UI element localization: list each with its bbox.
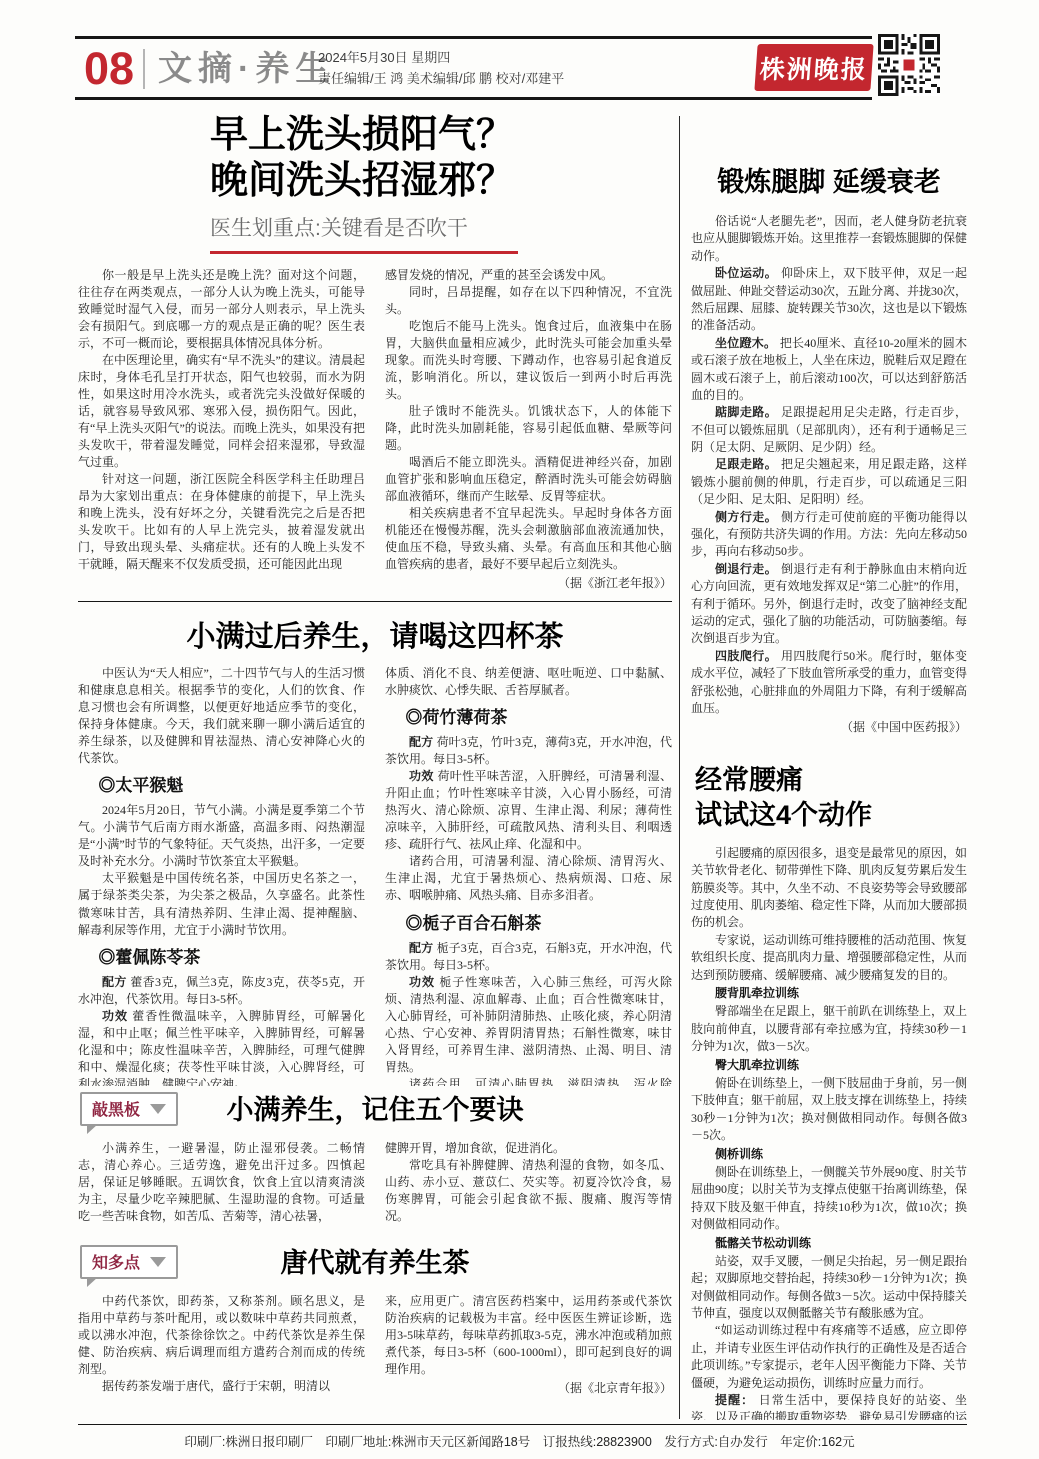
header-rule-bottom xyxy=(75,97,872,100)
paragraph: 诸药合用，可清暑利湿、清心除烦、清胃泻火、生津止渴，尤宜于暑热烦心、热病烦渴、口… xyxy=(385,853,672,904)
tips-column-1: 小满养生，一避暑湿，防止湿邪侵袭。二畅情志，清心养心。三适劳逸，避免出汗过多。四… xyxy=(78,1140,365,1225)
header-editors: 责任编辑/王 鸿 美术编辑/邱 鹏 校对/邓建平 xyxy=(318,69,564,89)
header-date: 2024年5月30日 星期四 xyxy=(318,48,450,68)
paragraph: 引起腰痛的原因很多，退变是最常见的原因，如关节软骨老化、韧带弹性下降、肌肉反复劳… xyxy=(691,845,967,932)
tang-tag-label: 知多点 xyxy=(92,1250,140,1273)
paragraph: 2024年5月20日，节气小满。小满是夏季第二个节气。小满节气后南方雨水渐盛，高… xyxy=(78,802,365,870)
tang-tag-box: 知多点 xyxy=(80,1245,178,1279)
paragraph: 来，应用更广。清宫医药档案中，运用药茶或代茶饮防治疾病的记载极为丰富。经中医医生… xyxy=(385,1293,672,1378)
subtitle-red-rule xyxy=(210,251,518,254)
paragraph: 提醒： 日常生活中，要保持良好的站姿、坐姿，以及正确的搬取重物姿势，避免易引发腰… xyxy=(691,1392,967,1420)
paragraph: 常吃具有补脾健脾、清热利湿的食物，如冬瓜、山药、赤小豆、薏苡仁、芡实等。初夏冷饮… xyxy=(385,1157,672,1225)
paragraph: 侧卧在训练垫上，一侧髋关节外展90度、肘关节屈曲90度；以肘关节为支撑点使躯干抬… xyxy=(691,1164,967,1234)
paragraph: 你一般是早上洗头还是晚上洗？面对这个问题，往往存在两类观点，一部分人认为晚上洗头… xyxy=(78,267,365,352)
tang-column-1: 中药代茶饮，即药茶，又称茶剂。顾名思义，是指用中草药与茶叶配用，或以数味中草药共… xyxy=(78,1293,365,1397)
exercise-subheading: 腰背肌牵拉训练 xyxy=(691,985,967,1002)
backpain-article-body: 引起腰痛的原因很多，退变是最常见的原因，如关节软骨老化、韧带弹性下降、肌肉反复劳… xyxy=(691,845,967,1420)
paragraph: 配方 栀子3克，百合3克，石斛3克，开水冲泡，代茶饮用。每日3-5杯。 xyxy=(385,940,672,974)
tea-subheading: ◎栀子百合石斛茶 xyxy=(385,912,672,936)
paragraph: 坐位蹬木。 把长40厘米、直径10-20厘米的圆木或石滚子放在地板上，人坐在床边… xyxy=(691,335,967,405)
triangle-icon xyxy=(150,1257,166,1267)
paragraph: 相关疾病患者不宜早起洗头。早起时身体各方面机能还在慢慢苏醒，洗头会刺激脑部血液流… xyxy=(385,505,672,573)
tang-column-2: 来，应用更广。清宫医药档案中，运用药茶或代茶饮防治疾病的记载极为丰富。经中医医生… xyxy=(385,1293,672,1397)
paragraph: 中药代茶饮，即药茶，又称茶剂。顾名思义，是指用中草药与茶叶配用，或以数味中草药共… xyxy=(78,1293,365,1378)
paragraph: 感冒发烧的情况，严重的甚至会诱发中风。 xyxy=(385,267,672,284)
tips-column-2: 健脾开胃，增加食欲，促进消化。常吃具有补脾健脾、清热利湿的食物，如冬瓜、山药、赤… xyxy=(385,1140,672,1225)
paragraph: 太平猴魁是中国传统名茶，中国历史名茶之一，属于绿茶类尖茶，为尖茶之极品，久享盛名… xyxy=(78,870,365,938)
tea-article-column-1: 中医认为“天人相应”，二十四节气与人的生活习惯和健康息息相关。根据季节的变化，人… xyxy=(78,665,365,1086)
legs-article-body: 俗话说“人老腿先老”，因而，老人健身防老抗衰也应从腿脚锻炼开始。这里推荐一套锻炼… xyxy=(691,213,967,737)
page-number: 08 xyxy=(84,46,134,91)
paragraph: 配方 荷叶3克，竹叶3克，薄荷3克，开水冲泡，代茶饮用。每日3-5杯。 xyxy=(385,734,672,768)
paragraph: 功效 栀子性寒味苦，入心肺三焦经，可泻火除烦、清热利湿、凉血解毒、止血；百合性微… xyxy=(385,974,672,1076)
paragraph: 臀部端坐在足跟上，躯干前趴在训练垫上，双上肢向前伸直，以腰背部有牵拉感为宜，持续… xyxy=(691,1003,967,1055)
paragraph: 体质、消化不良、纳差便溏、呕吐呃逆、口中黏腻、水肿痰饮、心悸失眠、舌苔厚腻者。 xyxy=(385,665,672,699)
paragraph: 据传药茶发端于唐代，盛行于宋朝，明清以 xyxy=(78,1378,365,1395)
paragraph: 小满养生，一避暑湿，防止湿邪侵袭。二畅情志，清心养心。三适劳逸，避免出汗过多。四… xyxy=(78,1140,365,1225)
paragraph: 站姿，双手叉腰，一侧足尖抬起，另一侧足跟抬起；双脚原地交替抬起，持续30秒－1分… xyxy=(691,1253,967,1323)
tea-article-column-2: 体质、消化不良、纳差便溏、呕吐呃逆、口中黏腻、水肿痰饮、心悸失眠、舌苔厚腻者。◎… xyxy=(385,665,672,1086)
paragraph: 同时，吕昂提醒，如存在以下四种情况，不宜洗头。 xyxy=(385,284,672,318)
main-headline-line1: 早上洗头损阳气？ xyxy=(210,112,672,158)
footer-rule xyxy=(78,1424,967,1425)
paragraph: 针对这一问题，浙江医院全科医学科主任助理吕昂为大家划出重点：在身体健康的前提下，… xyxy=(78,471,365,573)
legs-article-title: 锻炼腿脚 延缓衰老 xyxy=(691,160,967,199)
paragraph: 俗话说“人老腿先老”，因而，老人健身防老抗衰也应从腿脚锻炼开始。这里推荐一套锻炼… xyxy=(691,213,967,265)
paragraph: 专家说，运动训练可维持腰椎的活动范围、恢复软组织长度、提高肌肉力量、增强腰部稳定… xyxy=(691,932,967,984)
tea-article-title: 小满过后养生，请喝这四杯茶 xyxy=(78,614,672,655)
header-divider xyxy=(143,49,145,89)
paragraph: 肚子饿时不能洗头。饥饿状态下，人的体能下降，此时洗头加剧耗能，容易引起低血糖、晕… xyxy=(385,403,672,454)
exercise-subheading: 骶髂关节松动训练 xyxy=(691,1235,967,1252)
triangle-icon xyxy=(150,1104,166,1114)
main-subtitle: 医生划重点:关键看是否吹干 xyxy=(210,212,672,242)
tea-subheading: ◎藿佩陈苓茶 xyxy=(78,946,365,970)
paragraph: 配方 藿香3克，佩兰3克，陈皮3克，茯苓5克，开水冲泡，代茶饮用。每日3-5杯。 xyxy=(78,974,365,1008)
paragraph: 健脾开胃，增加食欲，促进消化。 xyxy=(385,1140,672,1157)
main-article-column-2: 感冒发烧的情况，严重的甚至会诱发中风。同时，吕昂提醒，如存在以下四种情况，不宜洗… xyxy=(385,267,672,593)
newspaper-logo: 株洲晚报 xyxy=(754,44,873,91)
qr-code-icon xyxy=(878,33,940,97)
tea-article: 小满过后养生，请喝这四杯茶 中医认为“天人相应”，二十四节气与人的生活习惯和健康… xyxy=(78,614,672,1086)
paragraph: 踮脚走路。 足跟提起用足尖走路，行走百步，不但可以锻炼屈肌（足部肌肉），还有利于… xyxy=(691,404,967,456)
exercise-subheading: 臀大肌牵拉训练 xyxy=(691,1057,967,1074)
section-name: 文摘·养生 xyxy=(158,52,335,86)
paragraph: 侧方行走。 侧方行走可使前庭的平衡功能得以强化，有预防共济失调的作用。方法：先向… xyxy=(691,509,967,561)
main-article: 早上洗头损阳气？ 晚间洗头招湿邪？ 医生划重点:关键看是否吹干 你一般是早上洗头… xyxy=(78,112,672,602)
source-attribution: （据《北京青年报》） xyxy=(385,1380,672,1397)
paragraph: 俯卧在训练垫上，一侧下肢屈曲于身前，另一侧下肢伸直；躯干前屈，双上肢支撑在训练垫… xyxy=(691,1075,967,1145)
main-article-column-1: 你一般是早上洗头还是晚上洗？面对这个问题，往往存在两类观点，一部分人认为晚上洗头… xyxy=(78,267,365,593)
tips-tag-box: 敲黑板 xyxy=(80,1092,178,1126)
paragraph: 喝酒后不能立即洗头。酒精促进神经兴奋，加剧血管扩张和影响血压稳定，醉酒时洗头可能… xyxy=(385,454,672,505)
paragraph: 四肢爬行。 用四肢爬行50米。爬行时，躯体变成水平位，减轻了下肢血管所承受的重力… xyxy=(691,648,967,718)
paragraph: 诸药合用，可清心肺胃热、滋阴清热、泻火除烦、生津止渴，尤宜于阴虚体质、热病心烦、… xyxy=(385,1076,672,1086)
source-attribution: （据《中国中医药报》） xyxy=(691,719,967,736)
sidebar: 锻炼腿脚 延缓衰老 俗话说“人老腿先老”，因而，老人健身防老抗衰也应从腿脚锻炼开… xyxy=(691,120,967,1420)
tea-subheading: ◎太平猴魁 xyxy=(78,774,365,798)
footer-imprint: 印刷厂:株洲日报印刷厂 印刷厂地址:株洲市天元区新闻路18号 订报热线:2882… xyxy=(0,1432,1039,1450)
section-rule xyxy=(78,601,672,602)
column-divider xyxy=(679,116,680,1419)
header-rule-top xyxy=(75,36,872,39)
paragraph: 功效 荷叶性平味苦涩，入肝脾经，可清暑利湿、升阳止血；竹叶性寒味辛甘淡，入心胃小… xyxy=(385,768,672,853)
sidebar-article-legs: 锻炼腿脚 延缓衰老 俗话说“人老腿先老”，因而，老人健身防老抗衰也应从腿脚锻炼开… xyxy=(691,120,967,737)
paragraph: 足跟走路。 把足尖翘起来，用足跟走路，这样锻炼小腿前侧的伸肌，行走百步，可以疏通… xyxy=(691,456,967,508)
paragraph: 功效 藿香性微温味辛，入脾肺胃经，可解暑化湿，和中止呕；佩兰性平味辛，入脾肺胃经… xyxy=(78,1008,365,1086)
paragraph: 吃饱后不能马上洗头。饱食过后，血液集中在肠胃，大脑供血量相应减少，此时洗头可能会… xyxy=(385,318,672,403)
paragraph: 倒退行走。 倒退行走有利于静脉血由末梢向近心方向回流，更有效地发挥双足“第二心脏… xyxy=(691,561,967,648)
sidebar-article-backpain: 经常腰痛 试试这4个动作 引起腰痛的原因很多，退变是最常见的原因，如关节软骨老化… xyxy=(691,763,967,1420)
paragraph: 卧位运动。 仰卧床上，双下肢平伸，双足一起做屈趾、伸趾交替运动30次，五趾分离、… xyxy=(691,265,967,335)
backpain-title-line1: 经常腰痛 xyxy=(695,763,967,798)
paragraph: 在中医理论里，确实有“早不洗头”的建议。清晨起床时，身体毛孔呈打开状态，阳气也较… xyxy=(78,352,365,471)
tips-tag-label: 敲黑板 xyxy=(92,1097,140,1120)
paragraph: 中医认为“天人相应”，二十四节气与人的生活习惯和健康息息相关。根据季节的变化，人… xyxy=(78,665,365,767)
backpain-title-line2: 试试这4个动作 xyxy=(695,798,967,833)
main-headline-line2: 晚间洗头招湿邪？ xyxy=(210,158,672,204)
exercise-subheading: 侧桥训练 xyxy=(691,1146,967,1163)
backpain-title: 经常腰痛 试试这4个动作 xyxy=(695,763,967,833)
source-attribution: （据《浙江老年报》） xyxy=(385,575,672,592)
newspaper-page: 08 文摘·养生 2024年5月30日 星期四 责任编辑/王 鸿 美术编辑/邱 … xyxy=(0,0,1039,1459)
tips-section: 敲黑板 小满养生，记住五个要诀 小满养生，一避暑湿，防止湿邪侵袭。二畅情志，清心… xyxy=(78,1090,672,1238)
tang-section: 知多点 唐代就有养生茶 中药代茶饮，即药茶，又称茶剂。顾名思义，是指用中草药与茶… xyxy=(78,1243,672,1419)
paragraph: “如运动训练过程中有疼痛等不适感，应立即停止，并请专业医生评估动作执行的正确性及… xyxy=(691,1322,967,1392)
tea-subheading: ◎荷竹薄荷茶 xyxy=(385,706,672,730)
